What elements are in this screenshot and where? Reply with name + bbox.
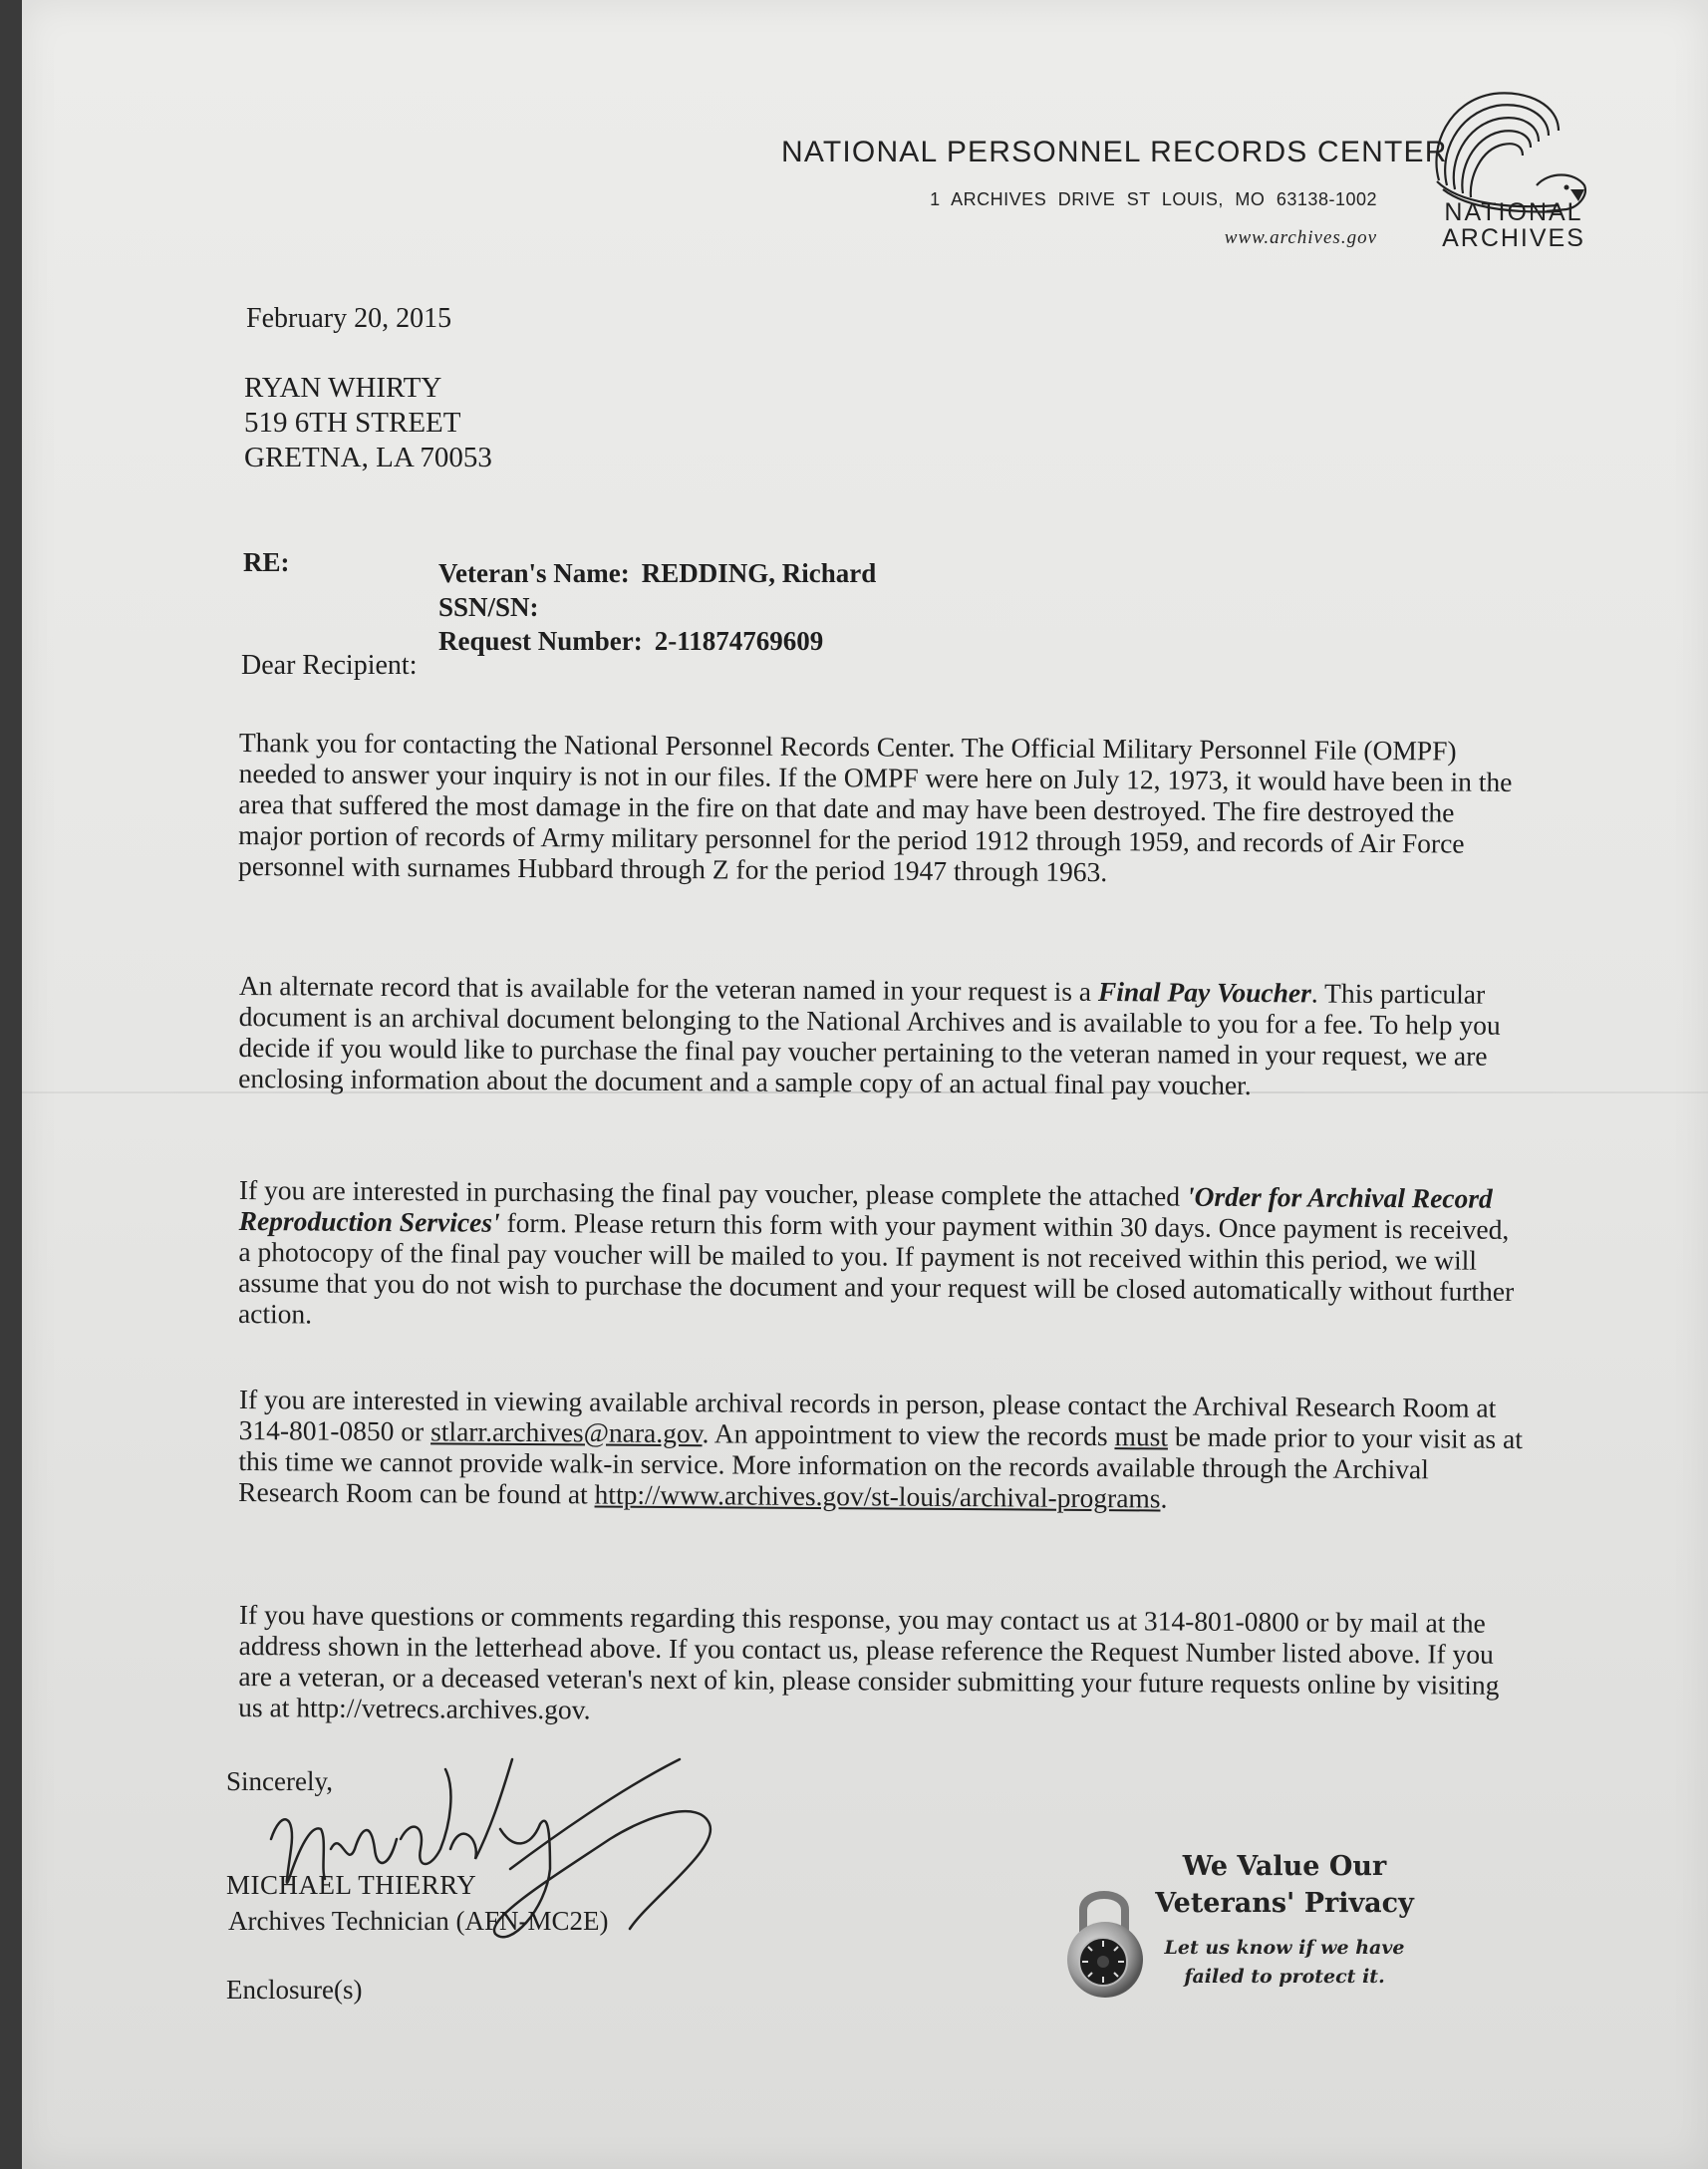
body-paragraph-5: If you have questions or comments regard… — [238, 1599, 1525, 1731]
final-pay-voucher-emphasis: Final Pay Voucher — [1098, 976, 1311, 1008]
p4-text-b: . An appointment to view the records — [703, 1417, 1115, 1451]
ssn-line: SSN/SN: — [438, 590, 876, 624]
request-number: 2-11874769609 — [655, 626, 824, 656]
body-paragraph-2: An alternate record that is available fo… — [238, 970, 1525, 1102]
body-paragraph-3: If you are interested in purchasing the … — [238, 1174, 1525, 1338]
request-number-line: Request Number:2-11874769609 — [438, 624, 876, 658]
body-paragraph-4: If you are interested in viewing availab… — [238, 1384, 1525, 1516]
must-emphasis: must — [1114, 1420, 1168, 1451]
signer-title: Archives Technician (AFN-MC2E) — [228, 1906, 609, 1937]
letterhead-address: 1 ARCHIVES DRIVE ST LOUIS, MO 63138-1002 — [930, 189, 1377, 210]
recipient-street: 519 6TH STREET — [244, 406, 492, 441]
privacy-heading-line-1: We Value Our — [1155, 1848, 1414, 1885]
archival-programs-link[interactable]: http://www.archives.gov/st-louis/archiva… — [595, 1478, 1161, 1513]
letter-date: February 20, 2015 — [246, 303, 451, 335]
recipient-address: RYAN WHIRTY 519 6TH STREET GRETNA, LA 70… — [244, 371, 492, 475]
privacy-badge: We Value Our Veterans' Privacy Let us kn… — [1063, 1844, 1412, 2004]
veteran-name-label: Veteran's Name: — [438, 558, 630, 588]
p4-text-d: . — [1160, 1482, 1167, 1513]
re-block: Veteran's Name:REDDING, Richard SSN/SN: … — [438, 556, 876, 658]
enclosure-note: Enclosure(s) — [226, 1975, 362, 2006]
privacy-subtext-line-1: Let us know if we have — [1155, 1934, 1414, 1963]
re-label: RE: — [243, 547, 290, 578]
letterhead-organization: NATIONAL PERSONNEL RECORDS CENTER — [781, 136, 1448, 169]
request-number-label: Request Number: — [438, 626, 643, 656]
padlock-icon — [1063, 1882, 1148, 2002]
letter-page: NATIONAL PERSONNEL RECORDS CENTER 1 ARCH… — [22, 0, 1708, 2169]
logo-wordmark: NATIONAL ARCHIVES — [1429, 199, 1598, 251]
body-paragraph-1: Thank you for contacting the National Pe… — [238, 727, 1525, 890]
privacy-subtext: Let us know if we have failed to protect… — [1155, 1934, 1414, 1992]
logo-text-national: NATIONAL — [1429, 199, 1598, 225]
privacy-heading-line-2: Veterans' Privacy — [1155, 1885, 1414, 1922]
veteran-name: REDDING, Richard — [642, 558, 877, 588]
signer-name: MICHAEL THIERRY — [226, 1870, 476, 1901]
salutation: Dear Recipient: — [241, 650, 417, 682]
privacy-heading: We Value Our Veterans' Privacy — [1155, 1848, 1414, 1922]
archival-email-link[interactable]: stlarr.archives@nara.gov — [430, 1415, 703, 1448]
letterhead-website: www.archives.gov — [1225, 227, 1377, 249]
privacy-subtext-line-2: failed to protect it. — [1155, 1963, 1414, 1992]
veteran-name-line: Veteran's Name:REDDING, Richard — [438, 556, 876, 590]
ssn-label: SSN/SN: — [438, 592, 539, 622]
logo-text-archives: ARCHIVES — [1429, 225, 1598, 251]
recipient-city: GRETNA, LA 70053 — [244, 441, 492, 475]
recipient-name: RYAN WHIRTY — [244, 371, 492, 406]
